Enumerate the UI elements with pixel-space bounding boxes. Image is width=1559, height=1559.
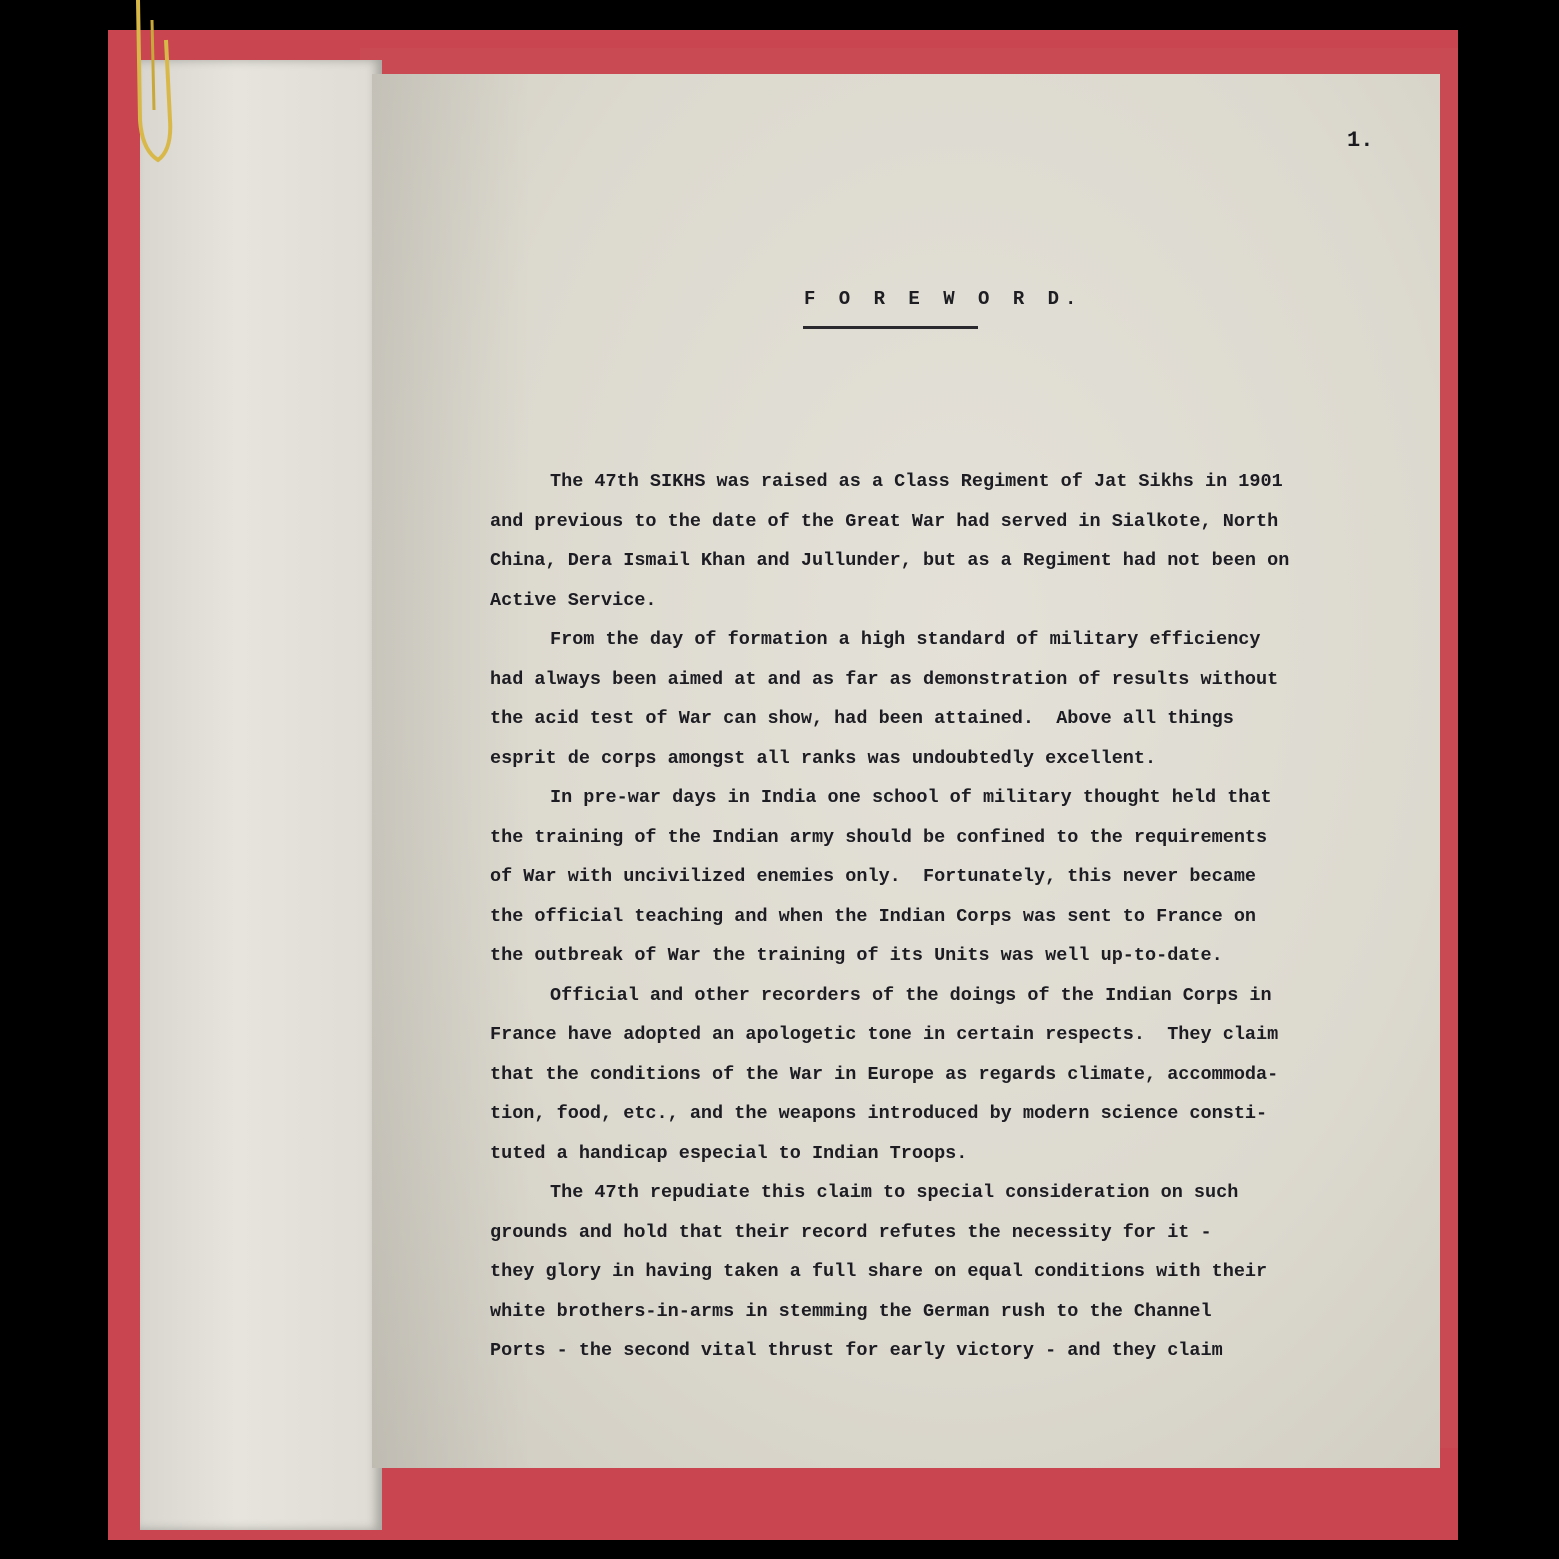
text-line: the official teaching and when the India… bbox=[490, 897, 1330, 937]
text-line: Ports - the second vital thrust for earl… bbox=[490, 1331, 1330, 1371]
title-underline bbox=[803, 326, 978, 329]
text-line: grounds and hold that their record refut… bbox=[490, 1213, 1330, 1253]
text-line: had always been aimed at and as far as d… bbox=[490, 660, 1330, 700]
text-line: that the conditions of the War in Europe… bbox=[490, 1055, 1330, 1095]
page-number: 1. bbox=[1347, 128, 1373, 153]
paragraph-3: In pre-war days in India one school of m… bbox=[490, 778, 1330, 976]
text-line: tion, food, etc., and the weapons introd… bbox=[490, 1094, 1330, 1134]
paragraph-5: The 47th repudiate this claim to special… bbox=[490, 1173, 1330, 1371]
text-line: The 47th SIKHS was raised as a Class Reg… bbox=[490, 462, 1330, 502]
text-line: Official and other recorders of the doin… bbox=[490, 976, 1330, 1016]
text-line: From the day of formation a high standar… bbox=[490, 620, 1330, 660]
text-line: the acid test of War can show, had been … bbox=[490, 699, 1330, 739]
text-line: white brothers-in-arms in stemming the G… bbox=[490, 1292, 1330, 1332]
text-line: of War with uncivilized enemies only. Fo… bbox=[490, 857, 1330, 897]
foreword-body: The 47th SIKHS was raised as a Class Reg… bbox=[490, 462, 1330, 1371]
left-page-leaf bbox=[140, 60, 382, 1530]
paragraph-2: From the day of formation a high standar… bbox=[490, 620, 1330, 778]
page-title: F O R E W O R D. bbox=[804, 288, 1082, 310]
text-line: and previous to the date of the Great Wa… bbox=[490, 502, 1330, 542]
text-line: tuted a handicap especial to Indian Troo… bbox=[490, 1134, 1330, 1174]
text-line: Active Service. bbox=[490, 581, 1330, 621]
text-line: the training of the Indian army should b… bbox=[490, 818, 1330, 858]
text-line: the outbreak of War the training of its … bbox=[490, 936, 1330, 976]
text-line: The 47th repudiate this claim to special… bbox=[490, 1173, 1330, 1213]
text-line: In pre-war days in India one school of m… bbox=[490, 778, 1330, 818]
paragraph-4: Official and other recorders of the doin… bbox=[490, 976, 1330, 1174]
text-line: they glory in having taken a full share … bbox=[490, 1252, 1330, 1292]
paragraph-1: The 47th SIKHS was raised as a Class Reg… bbox=[490, 462, 1330, 620]
text-line: France have adopted an apologetic tone i… bbox=[490, 1015, 1330, 1055]
paper-clip-icon bbox=[128, 0, 178, 175]
text-line: China, Dera Ismail Khan and Jullunder, b… bbox=[490, 541, 1330, 581]
text-line: esprit de corps amongst all ranks was un… bbox=[490, 739, 1330, 779]
